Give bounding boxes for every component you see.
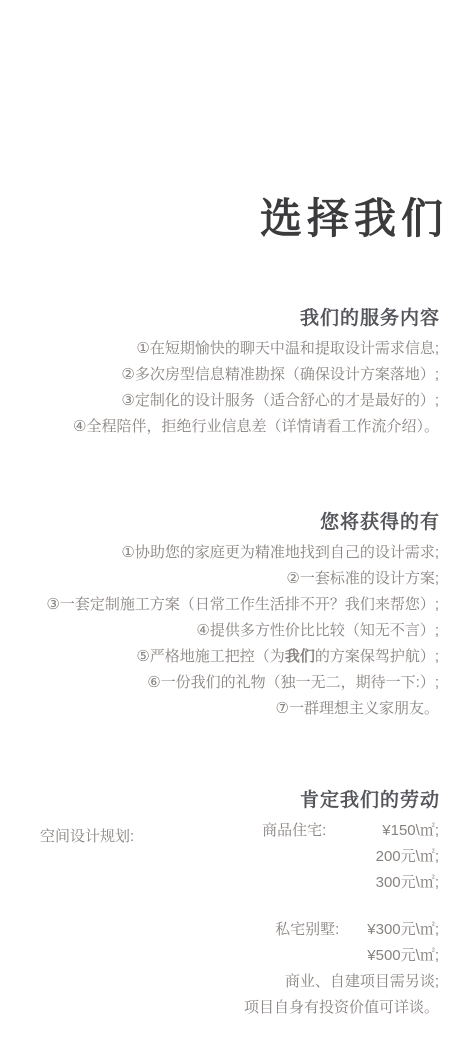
gains-heading: 您将获得的有 bbox=[6, 511, 440, 535]
villa-label: 私宅别墅: bbox=[275, 921, 339, 938]
gain-item: ⑤严格地施工把控（为我们的方案保驾护航）; bbox=[6, 644, 439, 670]
gain-item-text: ⑤严格地施工把控（为 bbox=[136, 648, 284, 665]
price-value: 300元\㎡; bbox=[6, 870, 439, 896]
gain-item: ⑦一群理想主义家朋友。 bbox=[6, 696, 439, 722]
section-services: 我们的服务内容 ①在短期愉快的聊天中温和提取设计需求信息; ②多次房型信息精准勘… bbox=[6, 307, 439, 440]
gain-item: ②一套标准的设计方案; bbox=[6, 566, 439, 592]
service-item: ③定制化的设计服务（适合舒心的才是最好的）; bbox=[6, 388, 439, 414]
pricing-heading: 肯定我们的劳动 bbox=[6, 789, 440, 813]
side-label-space-design: 空间设计规划: bbox=[40, 824, 134, 850]
price-value: ¥150\㎡; bbox=[382, 822, 439, 839]
pricing-note: 项目自身有投资价值可详谈。 bbox=[6, 995, 439, 1021]
gain-item-emphasis: 我们 bbox=[285, 648, 315, 665]
price-value: ¥500元\㎡; bbox=[6, 943, 439, 969]
service-item: ④全程陪伴，拒绝行业信息差（详情请看工作流介绍）。 bbox=[6, 414, 439, 440]
pricing-note: 商业、自建项目需另谈; bbox=[6, 969, 439, 995]
page: 选择我们 我们的服务内容 ①在短期愉快的聊天中温和提取设计需求信息; ②多次房型… bbox=[0, 0, 455, 1060]
service-item: ①在短期愉快的聊天中温和提取设计需求信息; bbox=[6, 336, 439, 362]
gain-item: ⑥一份我们的礼物（独一无二，期待一下:）; bbox=[6, 670, 439, 696]
section-gains: 您将获得的有 ①协助您的家庭更为精准地找到自己的设计需求; ②一套标准的设计方案… bbox=[6, 511, 439, 722]
gain-item: ④提供多方性价比比较（知无不言）; bbox=[6, 618, 439, 644]
residential-label: 商品住宅: bbox=[262, 822, 326, 839]
services-heading: 我们的服务内容 bbox=[6, 307, 440, 331]
price-row-villa: 私宅别墅:¥300元\㎡; bbox=[6, 917, 439, 943]
gain-item: ③一套定制施工方案（日常工作生活排不开？我们来帮您）; bbox=[6, 592, 439, 618]
gain-item: ①协助您的家庭更为精准地找到自己的设计需求; bbox=[6, 540, 439, 566]
gain-item-text: 的方案保驾护航）; bbox=[315, 648, 439, 665]
price-value: ¥300元\㎡; bbox=[367, 921, 439, 938]
spacer bbox=[326, 834, 382, 835]
spacer bbox=[339, 933, 367, 934]
service-item: ②多次房型信息精准勘探（确保设计方案落地）; bbox=[6, 362, 439, 388]
page-title: 选择我们 bbox=[260, 198, 448, 240]
group-gap bbox=[6, 896, 439, 917]
